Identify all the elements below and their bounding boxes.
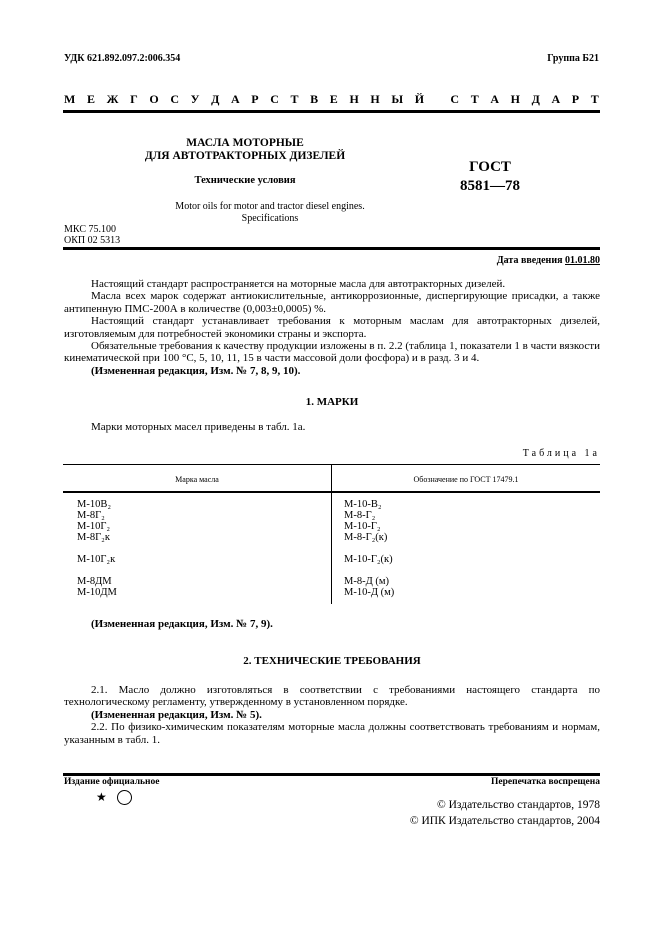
document-title: МАСЛА МОТОРНЫЕ ДЛЯ АВТОТРАКТОРНЫХ ДИЗЕЛЕ…	[110, 137, 380, 163]
banner-letter: С	[450, 92, 459, 107]
banner-letter: Н	[511, 92, 520, 107]
banner-letter: А	[490, 92, 499, 107]
banner-letter: У	[191, 92, 200, 107]
title-line-1: МАСЛА МОТОРНЫЕ	[110, 137, 380, 150]
table-cell-brand: М-8Г₂к	[77, 532, 117, 543]
table-cell-designation: М-8-Д (м)	[344, 576, 394, 587]
banner-letter: В	[310, 92, 318, 107]
classification-codes: МКС 75.100 ОКП 02 5313	[64, 224, 120, 246]
table-cell-designation: М-8-Г₂	[344, 510, 394, 521]
table-column-brand: М-10В₂М-8Г₂М-10Г₂М-8Г₂кМ-10Г₂кМ-8ДММ-10Д…	[77, 499, 117, 598]
table-caption: Таблица 1а	[523, 448, 600, 459]
section-1-amendment-note: (Измененная редакция, Изм. № 7, 9).	[64, 618, 600, 630]
table-cell-brand: М-8Г₂	[77, 510, 117, 521]
banner-letter: Н	[370, 92, 379, 107]
header-rule	[63, 110, 600, 113]
effective-date: Дата введения 01.01.80	[497, 255, 600, 266]
section-2-heading: 2. ТЕХНИЧЕСКИЕ ТРЕБОВАНИЯ	[64, 655, 600, 667]
section-2-paragraphs: 2.1. Масло должно изготовляться в соотве…	[64, 684, 600, 746]
intro-paragraph-3: Настоящий стандарт устанавливает требова…	[64, 315, 600, 340]
banner-letter: Г	[130, 92, 138, 107]
banner-letter: Ж	[107, 92, 119, 107]
intro-paragraph-4: Обязательные требования к качеству проду…	[64, 340, 600, 365]
document-subtitle: Технические условия	[110, 175, 380, 186]
banner-letter: Р	[251, 92, 258, 107]
intro-paragraph-2: Масла всех марок содержат антиокислитель…	[64, 290, 600, 315]
reprint-prohibited-label: Перепечатка воспрещена	[491, 777, 600, 787]
gost-designation: ГОСТ 8581—78	[440, 158, 540, 196]
banner-letter: Д	[211, 92, 219, 107]
gost-label: ГОСТ	[440, 158, 540, 177]
table-cell-brand: М-10Г₂	[77, 521, 117, 532]
banner-letter: Е	[87, 92, 95, 107]
mks-code: МКС 75.100	[64, 224, 120, 235]
english-title-line-1: Motor oils for motor and tractor diesel …	[150, 201, 390, 213]
footer-rule	[63, 773, 600, 776]
copyright-1978: © Издательство стандартов, 1978	[410, 797, 600, 813]
english-title-line-2: Specifications	[150, 213, 390, 225]
banner-letter: Ы	[391, 92, 403, 107]
table-cell-designation: М-10-В₂	[344, 499, 394, 510]
table-header-brand: Марка масла	[63, 475, 331, 484]
paragraph-2-2: 2.2. По физико-химическим показателям мо…	[64, 721, 600, 746]
section-1-heading: 1. МАРКИ	[64, 396, 600, 408]
section-1-paragraph: Марки моторных масел приведены в табл. 1…	[64, 421, 600, 433]
group-code: Группа Б21	[547, 53, 599, 64]
title-rule	[63, 247, 600, 250]
circle-icon	[117, 790, 132, 805]
effective-date-label: Дата введения	[497, 255, 563, 266]
intro-paragraph-1: Настоящий стандарт распространяется на м…	[64, 278, 600, 290]
interstate-standard-banner: МЕЖГОСУДАРСТВЕННЫЙ СТАНДАРТ	[64, 92, 599, 107]
banner-letter: Н	[349, 92, 358, 107]
table-header-rule	[63, 491, 600, 493]
row-spacer	[77, 565, 117, 576]
footer-marks: ★	[96, 790, 132, 805]
intro-paragraphs: Настоящий стандарт распространяется на м…	[64, 278, 600, 377]
banner-letter: А	[231, 92, 240, 107]
banner-letter: Т	[471, 92, 479, 107]
table-cell-brand: М-10ДМ	[77, 587, 117, 598]
banner-letter: С	[170, 92, 179, 107]
table-cell-brand: М-8ДМ	[77, 576, 117, 587]
intro-amendment-note: (Измененная редакция, Изм. № 7, 8, 9, 10…	[64, 365, 600, 377]
section-2-amendment-note: (Измененная редакция, Изм. № 5).	[64, 709, 600, 721]
banner-letter: С	[270, 92, 279, 107]
banner-letter: Д	[532, 92, 540, 107]
effective-date-value: 01.01.80	[565, 255, 600, 266]
table-column-divider	[331, 464, 332, 604]
table-cell-brand: М-10Г₂к	[77, 554, 117, 565]
table-cell-designation: М-10-Г₂(к)	[344, 554, 394, 565]
row-spacer	[344, 565, 394, 576]
gost-number: 8581—78	[440, 177, 540, 196]
row-spacer	[77, 543, 117, 554]
copyright-block: © Издательство стандартов, 1978 © ИПК Из…	[410, 797, 600, 829]
paragraph-2-1: 2.1. Масло должно изготовляться в соотве…	[64, 684, 600, 709]
row-spacer	[344, 543, 394, 554]
banner-letter: Р	[572, 92, 579, 107]
okp-code: ОКП 02 5313	[64, 235, 120, 246]
section-1-text: Марки моторных масел приведены в табл. 1…	[64, 421, 600, 433]
banner-letter: Т	[591, 92, 599, 107]
table-column-designation: М-10-В₂М-8-Г₂М-10-Г₂М-8-Г₂(к)М-10-Г₂(к)М…	[344, 499, 394, 598]
table-cell-designation: М-10-Г₂	[344, 521, 394, 532]
table-cell-designation: М-10-Д (м)	[344, 587, 394, 598]
copyright-2004: © ИПК Издательство стандартов, 2004	[410, 813, 600, 829]
banner-letter: А	[551, 92, 560, 107]
banner-letter: О	[149, 92, 158, 107]
table-header-designation: Обозначение по ГОСТ 17479.1	[332, 475, 600, 484]
udk-code: УДК 621.892.097.2:006.354	[64, 53, 180, 64]
title-line-2: ДЛЯ АВТОТРАКТОРНЫХ ДИЗЕЛЕЙ	[110, 150, 380, 163]
star-icon: ★	[96, 790, 107, 805]
banner-letter: Т	[291, 92, 299, 107]
banner-letter: Й	[415, 92, 424, 107]
section-1-amendment: (Измененная редакция, Изм. № 7, 9).	[64, 618, 600, 630]
official-edition-label: Издание официальное	[64, 777, 160, 787]
table-cell-designation: М-8-Г₂(к)	[344, 532, 394, 543]
banner-letter: Е	[330, 92, 338, 107]
table-cell-brand: М-10В₂	[77, 499, 117, 510]
english-title: Motor oils for motor and tractor diesel …	[150, 201, 390, 225]
banner-letter: М	[64, 92, 75, 107]
banner-letter	[436, 92, 439, 107]
